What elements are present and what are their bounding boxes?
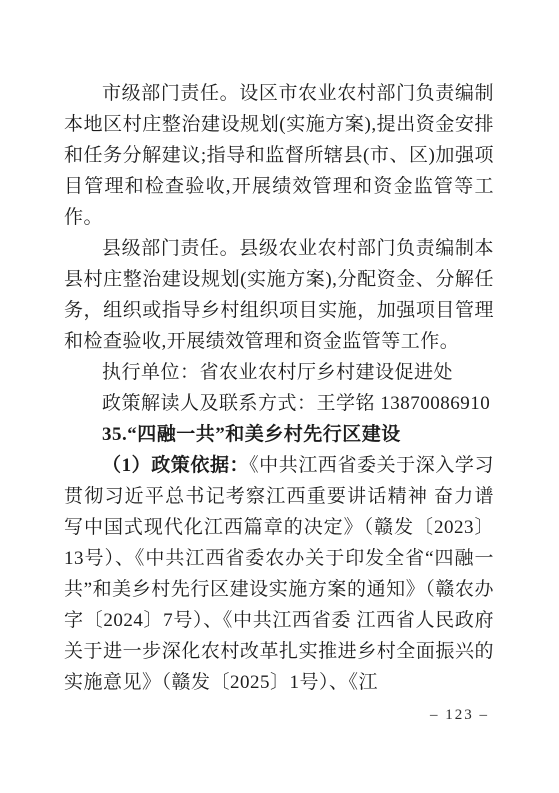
paragraph-county-level-responsibility: 县级部门责任。县级农业农村部门负责编制本县村庄整治建设规划(实施方案),分配资金… — [64, 233, 494, 357]
policy-basis-label: （1）政策依据： — [102, 455, 249, 476]
document-body: 市级部门责任。设区市农业农村部门负责编制本地区村庄整治建设规划(实施方案),提出… — [64, 78, 494, 698]
page-number: – 123 – — [430, 704, 489, 726]
section-heading-35: 35.“四融一共”和美乡村先行区建设 — [64, 419, 494, 450]
document-page: 市级部门责任。设区市农业农村部门负责编制本地区村庄整治建设规划(实施方案),提出… — [0, 0, 559, 793]
policy-basis-text: 《中共江西省委关于深入学习贯彻习近平总书记考察江西重要讲话精神 奋力谱写中国式现… — [64, 455, 494, 693]
paragraph-city-level-responsibility: 市级部门责任。设区市农业农村部门负责编制本地区村庄整治建设规划(实施方案),提出… — [64, 78, 494, 233]
line-executing-unit: 执行单位：省农业农村厅乡村建设促进处 — [64, 357, 494, 388]
line-policy-contact: 政策解读人及联系方式：王学铭 13870086910 — [64, 388, 494, 419]
paragraph-policy-basis: （1）政策依据：《中共江西省委关于深入学习贯彻习近平总书记考察江西重要讲话精神 … — [64, 450, 494, 698]
